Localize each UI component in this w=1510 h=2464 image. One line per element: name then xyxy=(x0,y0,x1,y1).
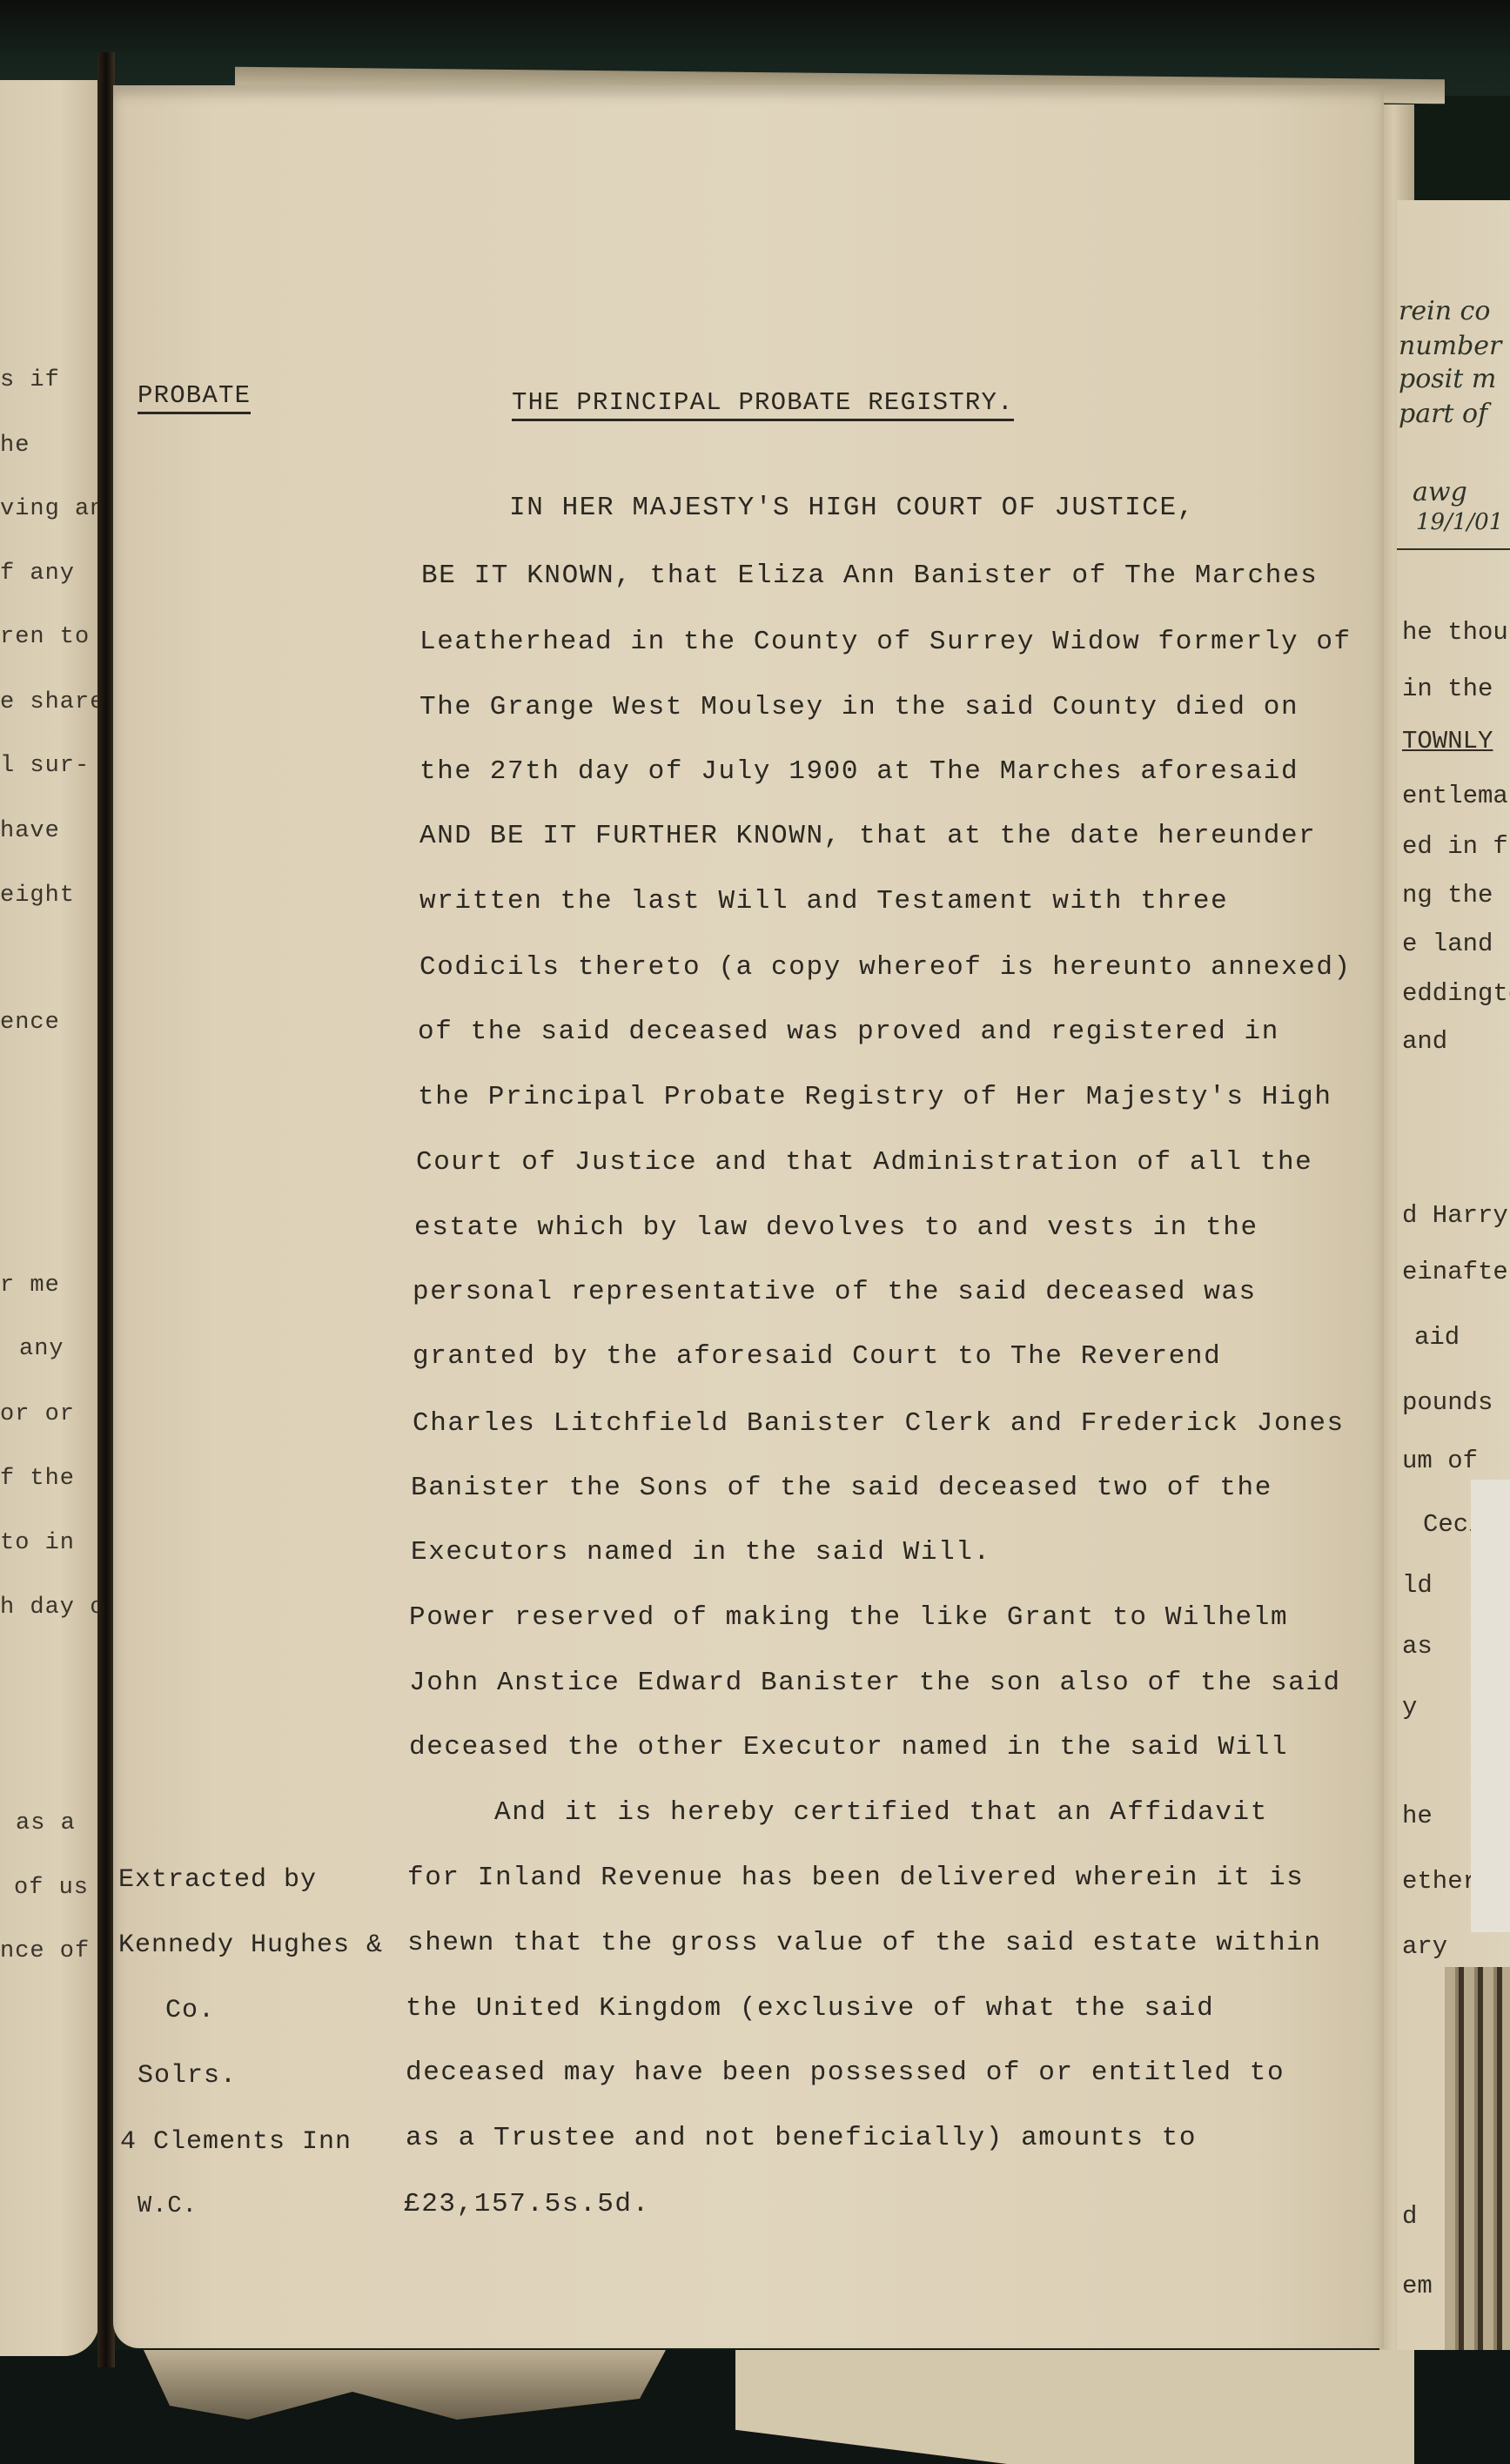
body-line: of the said deceased was proved and regi… xyxy=(418,1017,1279,1047)
left-fragment: as a xyxy=(16,1810,76,1836)
right-fragment: um of xyxy=(1402,1447,1478,1475)
right-fragment: eddington xyxy=(1402,979,1510,1008)
body-line: granted by the aforesaid Court to The Re… xyxy=(413,1341,1221,1372)
body-line: the 27th day of July 1900 at The Marches… xyxy=(419,756,1299,787)
right-fragment: ary xyxy=(1402,1932,1447,1961)
left-fragment: nce of xyxy=(0,1938,90,1964)
left-fragment: eight xyxy=(0,883,75,909)
right-fragment: in the xyxy=(1402,675,1493,703)
body-line: written the last Will and Testament with… xyxy=(419,886,1228,916)
right-fragment: he thou xyxy=(1402,618,1508,647)
body-line: for Inland Revenue has been delivered wh… xyxy=(407,1863,1304,1893)
body-line: Charles Litchfield Banister Clerk and Fr… xyxy=(413,1408,1345,1439)
left-fragment: r me xyxy=(0,1272,60,1299)
left-fragment: l sur- xyxy=(0,753,90,779)
gross-value-amount: £23,157.5s.5d. xyxy=(404,2189,650,2219)
left-fragment: s if xyxy=(0,367,60,393)
body-line: personal representative of the said dece… xyxy=(413,1277,1257,1307)
margin-heading-probate: PROBATE xyxy=(138,381,251,414)
left-fragment: ving and xyxy=(0,496,99,522)
left-fragment: f any xyxy=(0,561,75,587)
left-page: s if he ving and f any ren to e share l … xyxy=(0,80,99,2356)
right-fragment: ether xyxy=(1402,1867,1478,1896)
body-line: deceased the other Executor named in the… xyxy=(409,1732,1288,1762)
body-line: Executors named in the said Will. xyxy=(411,1537,991,1568)
body-line: AND BE IT FURTHER KNOWN, that at the dat… xyxy=(419,821,1316,851)
right-fragment: ed in f xyxy=(1402,832,1508,861)
body-line: estate which by law devolves to and vest… xyxy=(414,1212,1258,1243)
right-fragment: he xyxy=(1402,1802,1433,1830)
court-line: IN HER MAJESTY'S HIGH COURT OF JUSTICE, xyxy=(509,493,1195,523)
left-fragment: ence xyxy=(0,1010,60,1036)
left-fragment: of us xyxy=(14,1875,89,1901)
right-fragment: as xyxy=(1402,1632,1433,1661)
handwritten-initials: awg xyxy=(1413,477,1467,507)
handwritten-note-line: rein co xyxy=(1399,296,1490,326)
body-line: shewn that the gross value of the said e… xyxy=(407,1928,1322,1958)
right-fragment: ld xyxy=(1402,1571,1433,1600)
solicitor-name-cont: Co. xyxy=(165,1996,215,2025)
right-fragment: pounds xyxy=(1402,1388,1493,1417)
right-fragment: aid xyxy=(1414,1323,1460,1352)
body-line: the Principal Probate Registry of Her Ma… xyxy=(418,1082,1332,1112)
handwritten-note-line: part of xyxy=(1399,399,1487,429)
book-gutter xyxy=(97,52,115,2367)
right-fragment: entleman xyxy=(1402,782,1510,810)
right-fragment: e land xyxy=(1402,930,1493,958)
left-fragment: he xyxy=(0,433,30,459)
left-fragment: f the xyxy=(0,1466,75,1492)
right-fragment: d xyxy=(1402,2202,1417,2231)
body-line: Power reserved of making the like Grant … xyxy=(409,1602,1288,1633)
body-line: BE IT KNOWN, that Eliza Ann Banister of … xyxy=(421,561,1318,591)
body-line: The Grange West Moulsey in the said Coun… xyxy=(419,692,1299,722)
body-line: Court of Justice and that Administration… xyxy=(416,1147,1312,1178)
solicitor-name: Kennedy Hughes & xyxy=(118,1930,383,1960)
body-line: the United Kingdom (exclusive of what th… xyxy=(406,1993,1214,2024)
left-fragment: to in xyxy=(0,1530,75,1556)
right-fragment: and xyxy=(1402,1027,1447,1056)
right-fragment: em xyxy=(1402,2272,1433,2300)
handwritten-date: 19/1/01 xyxy=(1416,509,1503,535)
right-fragment: einafter xyxy=(1402,1258,1510,1286)
solicitor-title: Solrs. xyxy=(138,2061,237,2091)
left-fragment: ren to xyxy=(0,624,90,650)
right-fragment: d Harry xyxy=(1402,1201,1508,1230)
left-fragment: e share xyxy=(0,689,99,715)
body-line: And it is hereby certified that an Affid… xyxy=(494,1797,1268,1828)
handwritten-note-line: posit m xyxy=(1399,364,1496,394)
left-fragment: have xyxy=(0,818,60,844)
body-line: deceased may have been possessed of or e… xyxy=(406,2058,1285,2088)
solicitor-district: W.C. xyxy=(138,2193,198,2219)
right-fragment: TOWNLY xyxy=(1402,727,1493,755)
left-fragment: h day of xyxy=(0,1595,99,1621)
left-fragment: any xyxy=(19,1336,64,1362)
handwritten-rule xyxy=(1397,548,1510,550)
body-line: Banister the Sons of the said deceased t… xyxy=(411,1473,1272,1503)
body-line: John Anstice Edward Banister the son als… xyxy=(409,1668,1341,1698)
torn-paper xyxy=(1471,1480,1510,1932)
body-line: Leatherhead in the County of Surrey Wido… xyxy=(419,627,1352,657)
document-title: THE PRINCIPAL PROBATE REGISTRY. xyxy=(512,388,1014,421)
body-line: as a Trustee and not beneficially) amoun… xyxy=(406,2123,1197,2153)
solicitor-address: 4 Clements Inn xyxy=(120,2127,352,2157)
extracted-by-label: Extracted by xyxy=(118,1865,317,1895)
page-bundle-edges xyxy=(1445,1967,1510,2350)
left-fragment: or or xyxy=(0,1401,75,1427)
handwritten-note-line: number xyxy=(1399,331,1501,361)
right-fragment: ng the xyxy=(1402,881,1493,910)
right-fragment: y xyxy=(1402,1693,1417,1722)
body-line: Codicils thereto (a copy whereof is here… xyxy=(419,952,1352,983)
